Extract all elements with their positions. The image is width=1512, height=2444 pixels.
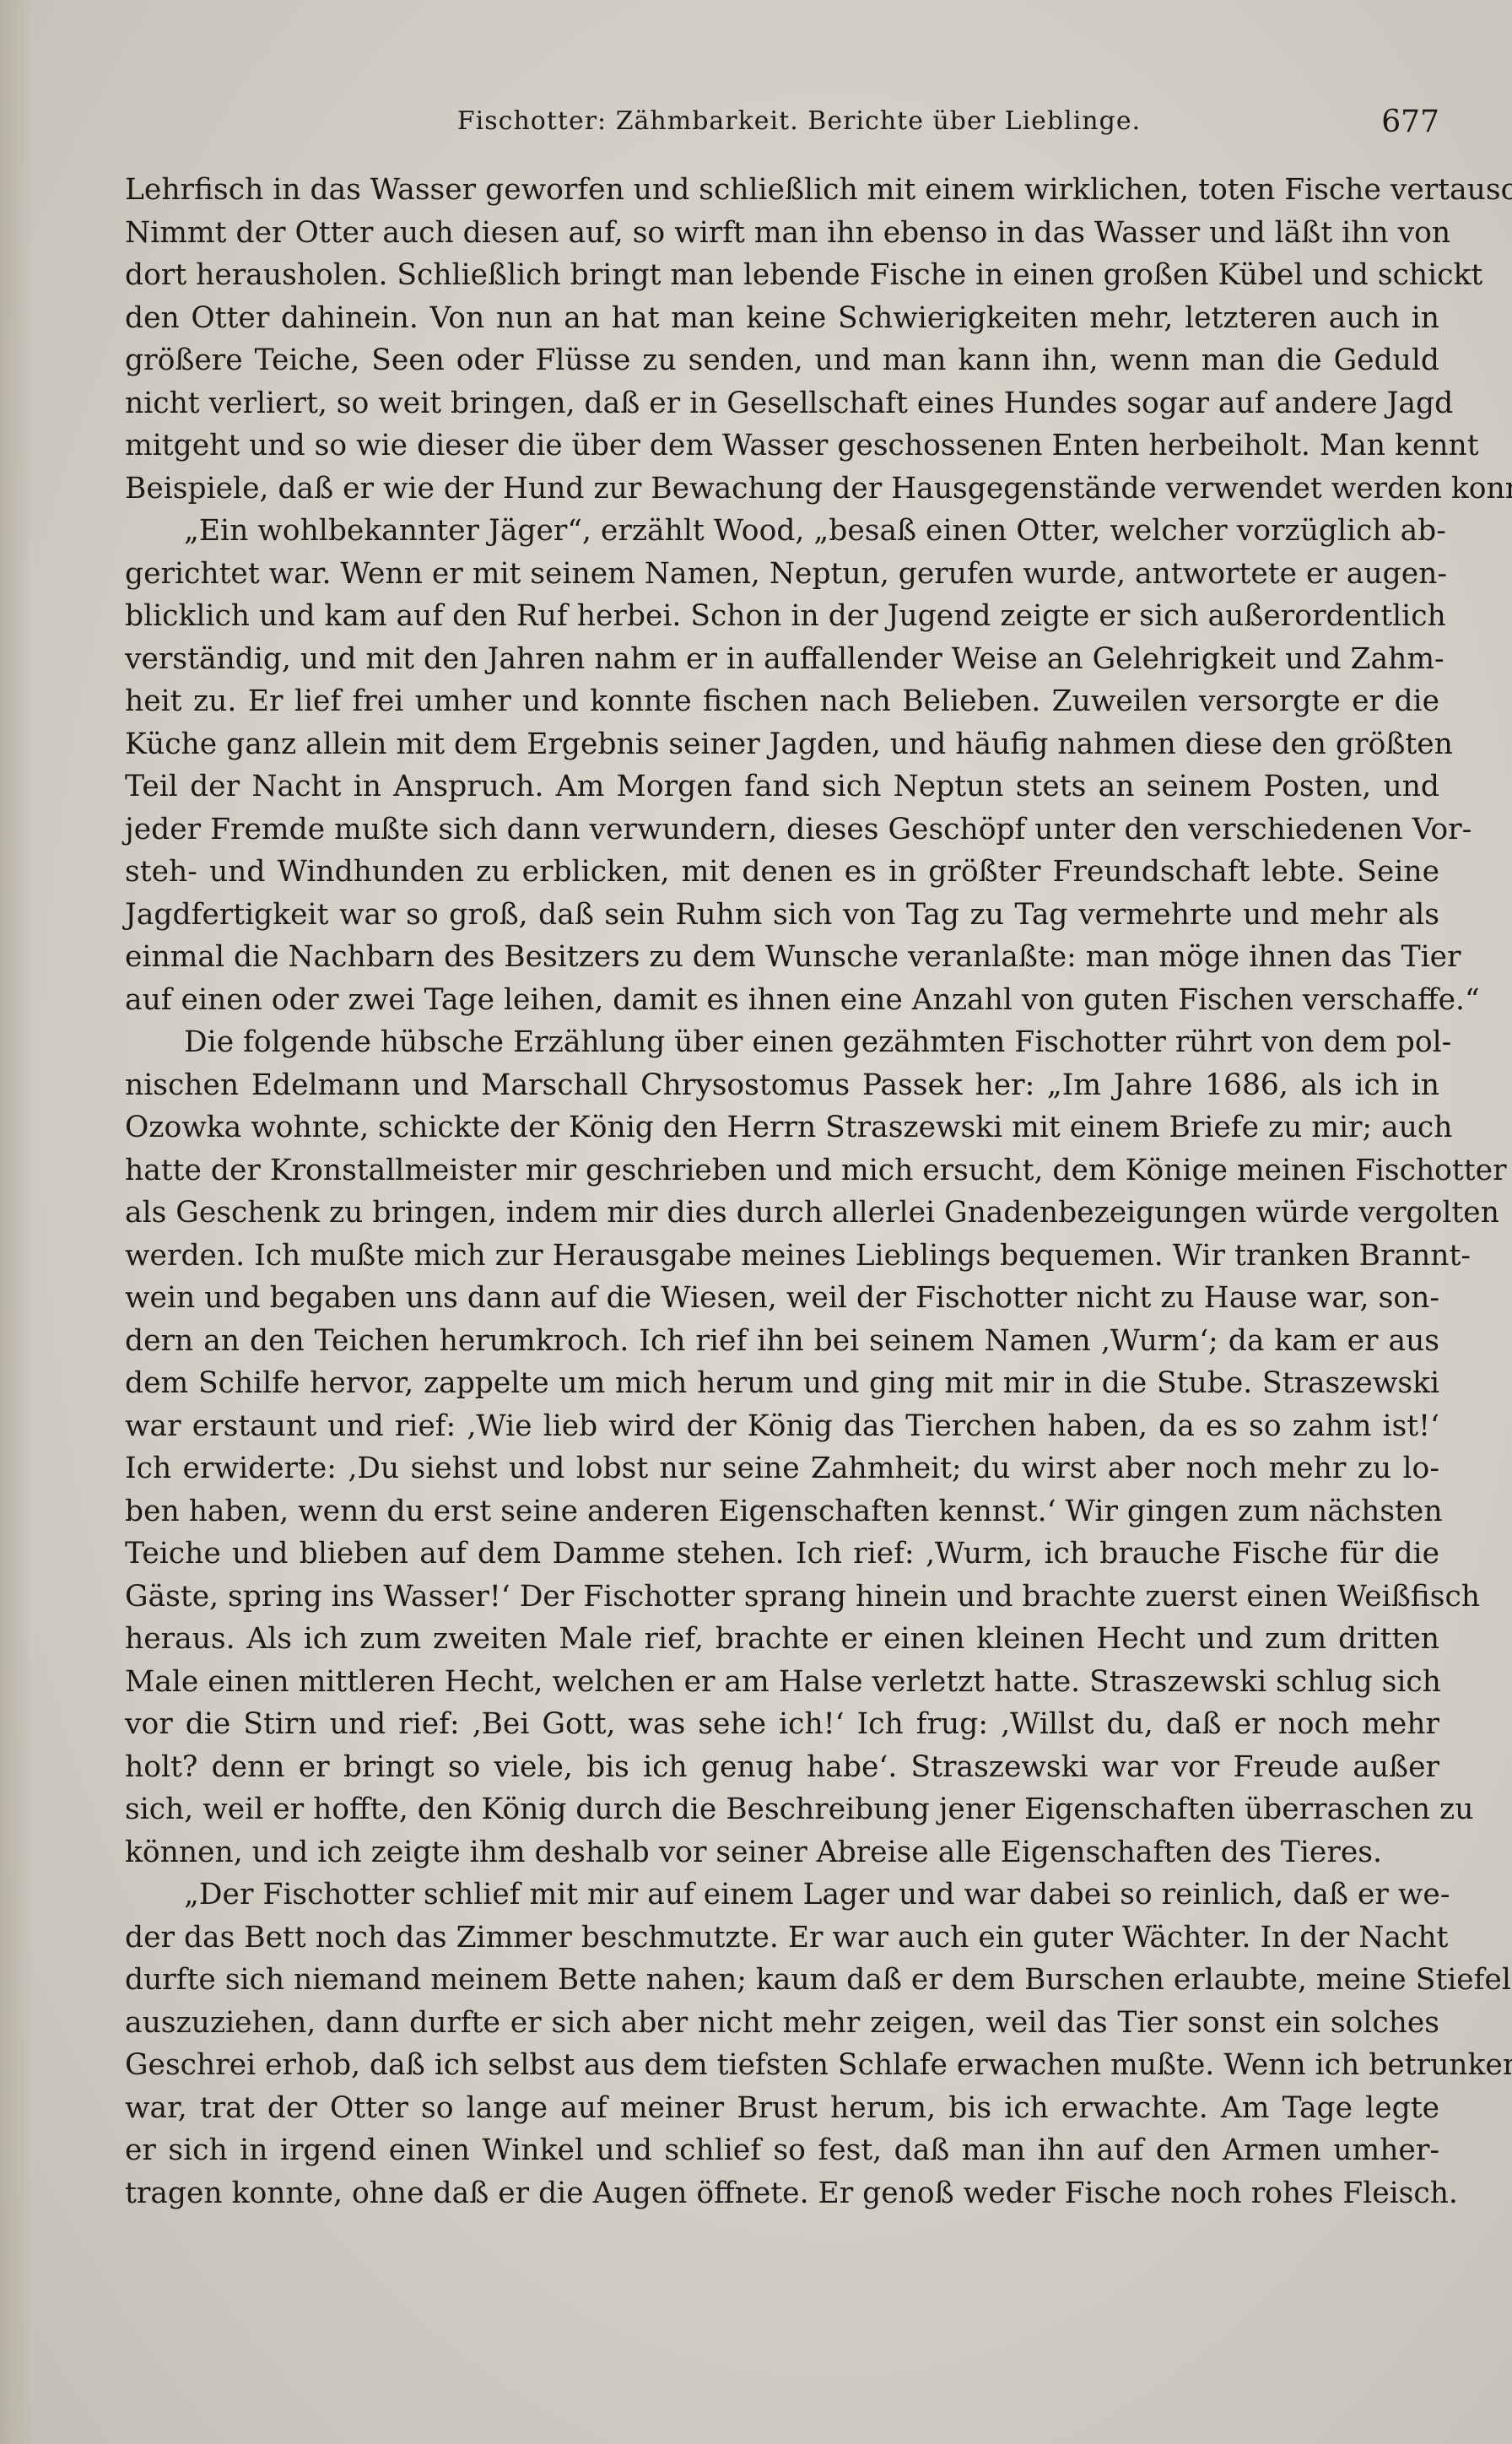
text-line: vor die Stirn und rief: ‚Bei Gott, was s… [125,1703,1439,1746]
running-title: Fischotter: Zähmbarkeit. Berichte über L… [125,106,1439,136]
text-line: Küche ganz allein mit dem Ergebnis seine… [125,723,1439,766]
text-line: mitgeht und so wie dieser die über dem W… [125,424,1439,468]
text-line: wein und begaben uns dann auf die Wiesen… [125,1277,1439,1320]
text-line: war, trat der Otter so lange auf meiner … [125,2087,1439,2130]
body-text: Lehrfisch in das Wasser geworfen und sch… [125,169,1439,2214]
text-line: ben haben, wenn du erst seine anderen Ei… [125,1490,1439,1533]
spine-shadow [0,0,34,2444]
text-line: durfte sich niemand meinem Bette nahen; … [125,1959,1439,2002]
text-line: verständig, und mit den Jahren nahm er i… [125,638,1439,681]
text-line: dort herausholen. Schließlich bringt man… [125,254,1439,297]
page-header: Fischotter: Zähmbarkeit. Berichte über L… [125,106,1439,143]
text-line: nischen Edelmann und Marschall Chrysosto… [125,1064,1439,1107]
text-line: der das Bett noch das Zimmer beschmutzte… [125,1917,1439,1960]
text-line: holt? denn er bringt so viele, bis ich g… [125,1746,1439,1789]
text-line: „Der Fischotter schlief mit mir auf eine… [125,1874,1439,1917]
text-line: Geschrei erhob, daß ich selbst aus dem t… [125,2044,1439,2087]
text-line: auf einen oder zwei Tage leihen, damit e… [125,979,1439,1022]
text-line: dem Schilfe hervor, zappelte um mich her… [125,1362,1439,1405]
text-line: tragen konnte, ohne daß er die Augen öff… [125,2172,1439,2215]
text-line: einmal die Nachbarn des Besitzers zu dem… [125,936,1439,979]
text-line: Ozowka wohnte, schickte der König den He… [125,1106,1439,1149]
text-line: auszuziehen, dann durfte er sich aber ni… [125,2002,1439,2045]
text-line: Teiche und blieben auf dem Damme stehen.… [125,1533,1439,1576]
text-line: dern an den Teichen herumkroch. Ich rief… [125,1320,1439,1363]
text-line: hatte der Kronstallmeister mir geschrieb… [125,1149,1439,1192]
text-line: „Ein wohlbekannter Jäger“, erzählt Wood,… [125,510,1439,553]
text-line: Ich erwiderte: ‚Du siehst und lobst nur … [125,1447,1439,1490]
text-line: steh- und Windhunden zu erblicken, mit d… [125,851,1439,894]
text-line: Beispiele, daß er wie der Hund zur Bewac… [125,468,1439,511]
text-line: sich, weil er hoffte, den König durch di… [125,1788,1439,1831]
text-line: größere Teiche, Seen oder Flüsse zu send… [125,339,1439,382]
text-line: Nimmt der Otter auch diesen auf, so wirf… [125,212,1439,255]
text-line: Gäste, spring ins Wasser!‘ Der Fischotte… [125,1576,1439,1619]
text-line: Teil der Nacht in Anspruch. Am Morgen fa… [125,765,1439,808]
text-line: Jagdfertigkeit war so groß, daß sein Ruh… [125,894,1439,937]
book-page: Fischotter: Zähmbarkeit. Berichte über L… [0,0,1512,2444]
text-line: war erstaunt und rief: ‚Wie lieb wird de… [125,1405,1439,1448]
text-line: heit zu. Er lief frei umher und konnte f… [125,680,1439,723]
text-line: den Otter dahinein. Von nun an hat man k… [125,297,1439,340]
text-line: er sich in irgend einen Winkel und schli… [125,2129,1439,2172]
text-line: heraus. Als ich zum zweiten Male rief, b… [125,1618,1439,1661]
text-line: werden. Ich mußte mich zur Herausgabe me… [125,1235,1439,1278]
text-line: blicklich und kam auf den Ruf herbei. Sc… [125,595,1439,638]
text-line: Die folgende hübsche Erzählung über eine… [125,1021,1439,1064]
text-line: jeder Fremde mußte sich dann verwundern,… [125,808,1439,852]
page-number: 677 [1381,105,1439,139]
text-line: als Geschenk zu bringen, indem mir dies … [125,1192,1439,1235]
text-line: können, und ich zeigte ihm deshalb vor s… [125,1831,1439,1874]
text-line: nicht verliert, so weit bringen, daß er … [125,382,1439,425]
text-line: gerichtet war. Wenn er mit seinem Namen,… [125,553,1439,596]
text-line: Lehrfisch in das Wasser geworfen und sch… [125,169,1439,212]
text-line: Male einen mittleren Hecht, welchen er a… [125,1661,1439,1704]
